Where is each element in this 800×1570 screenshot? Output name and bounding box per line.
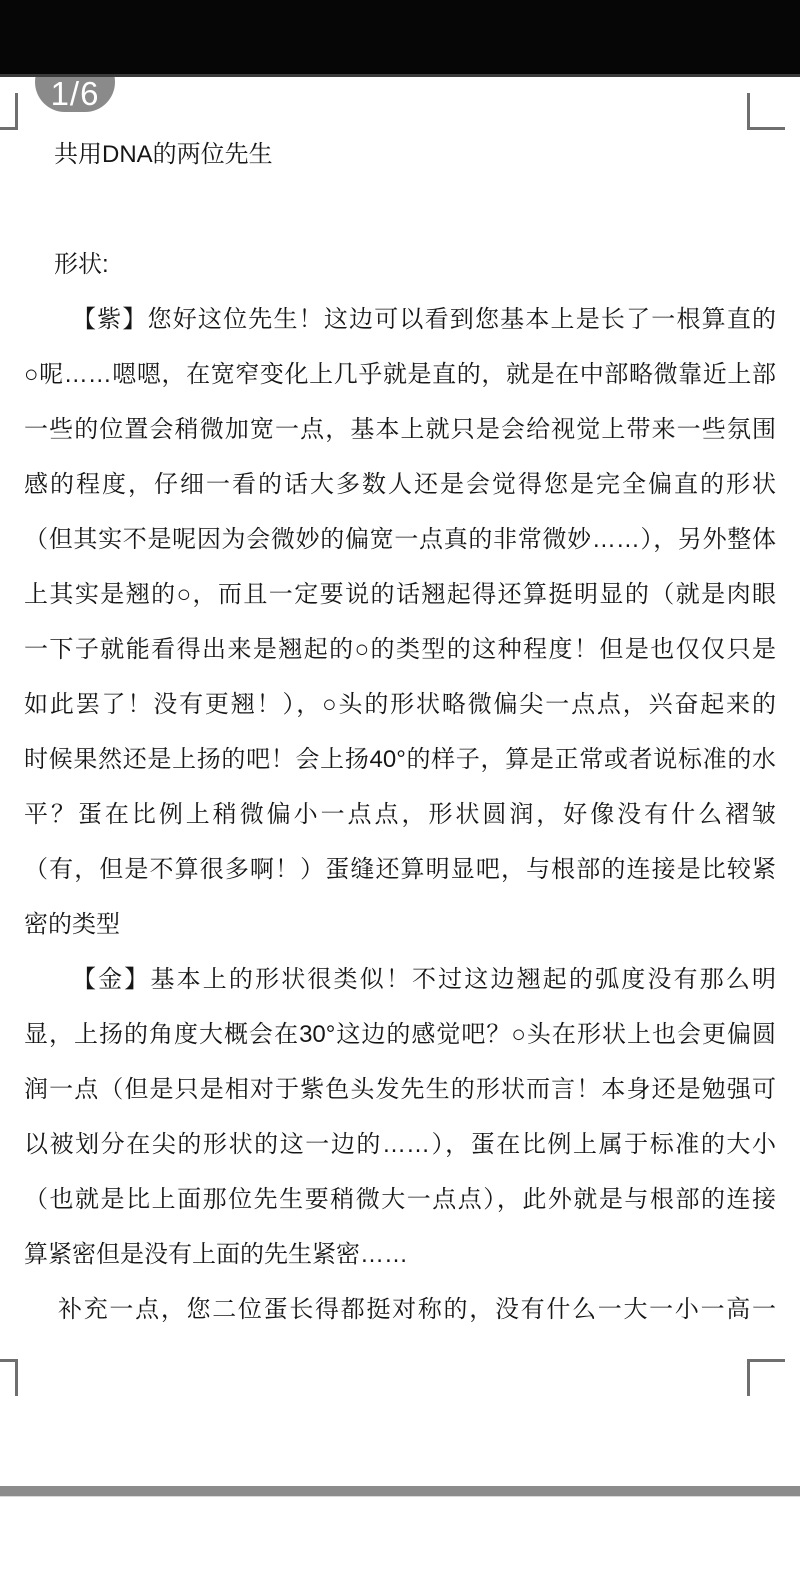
document-viewer-screen: 1/6 共用DNA的两位先生 形状:【紫】您好这位先生！这边可以看到您基本上是长…: [0, 0, 800, 1570]
text-line: 一下子就能看得出来是翘起的○的类型的这种程度！但是也仅仅只是: [24, 622, 776, 677]
text-line: 时候果然还是上扬的吧！会上扬40°的样子，算是正常或者说标准的水: [24, 732, 776, 787]
text-line: 补充一点，您二位蛋长得都挺对称的，没有什么一大一小一高一: [24, 1282, 776, 1337]
text-line: ○呢……嗯嗯，在宽窄变化上几乎就是直的，就是在中部略微靠近上部: [24, 347, 776, 402]
corner-mark-top-right: [747, 93, 785, 130]
text-line: 感的程度，仔细一看的话大多数人还是会觉得您是完全偏直的形状: [24, 457, 776, 512]
text-line: （有，但是不算很多啊！）蛋缝还算明显吧，与根部的连接是比较紧: [24, 842, 776, 897]
corner-mark-top-left: [0, 93, 18, 130]
text-line: 上其实是翘的○，而且一定要说的话翘起得还算挺明显的（就是肉眼: [24, 567, 776, 622]
document-text: 共用DNA的两位先生 形状:【紫】您好这位先生！这边可以看到您基本上是长了一根算…: [24, 127, 776, 1337]
text-line: 如此罢了！没有更翘！），○头的形状略微偏尖一点点，兴奋起来的: [24, 677, 776, 732]
text-line: （但其实不是呢因为会微妙的偏宽一点真的非常微妙……），另外整体: [24, 512, 776, 567]
text-line: 平？蛋在比例上稍微偏小一点点，形状圆润，好像没有什么褶皱: [24, 787, 776, 842]
corner-mark-bottom-left: [0, 1359, 18, 1396]
text-line: 润一点（但是只是相对于紫色头发先生的形状而言！本身还是勉强可: [24, 1062, 776, 1117]
page-indicator-text: 1/6: [51, 77, 100, 111]
status-bar: [0, 0, 800, 77]
text-line: 密的类型: [24, 897, 776, 952]
text-line: 形状:: [24, 237, 776, 292]
text-line: 显，上扬的角度大概会在30°这边的感觉吧？○头在形状上也会更偏圆: [24, 1007, 776, 1062]
document-title: 共用DNA的两位先生: [24, 127, 776, 182]
text-line: （也就是比上面那位先生要稍微大一点点），此外就是与根部的连接: [24, 1172, 776, 1227]
text-line: 【紫】您好这位先生！这边可以看到您基本上是长了一根算直的: [24, 292, 776, 347]
text-line: 算紧密但是没有上面的先生紧密……: [24, 1227, 776, 1282]
text-line: [24, 182, 776, 237]
page-bottom-divider: [0, 1486, 800, 1497]
corner-mark-bottom-right: [747, 1359, 785, 1396]
text-line: 以被划分在尖的形状的这一边的……），蛋在比例上属于标准的大小: [24, 1117, 776, 1172]
text-line: 一些的位置会稍微加宽一点，基本上就只是会给视觉上带来一些氛围: [24, 402, 776, 457]
text-line: 【金】基本上的形状很类似！不过这边翘起的弧度没有那么明: [24, 952, 776, 1007]
